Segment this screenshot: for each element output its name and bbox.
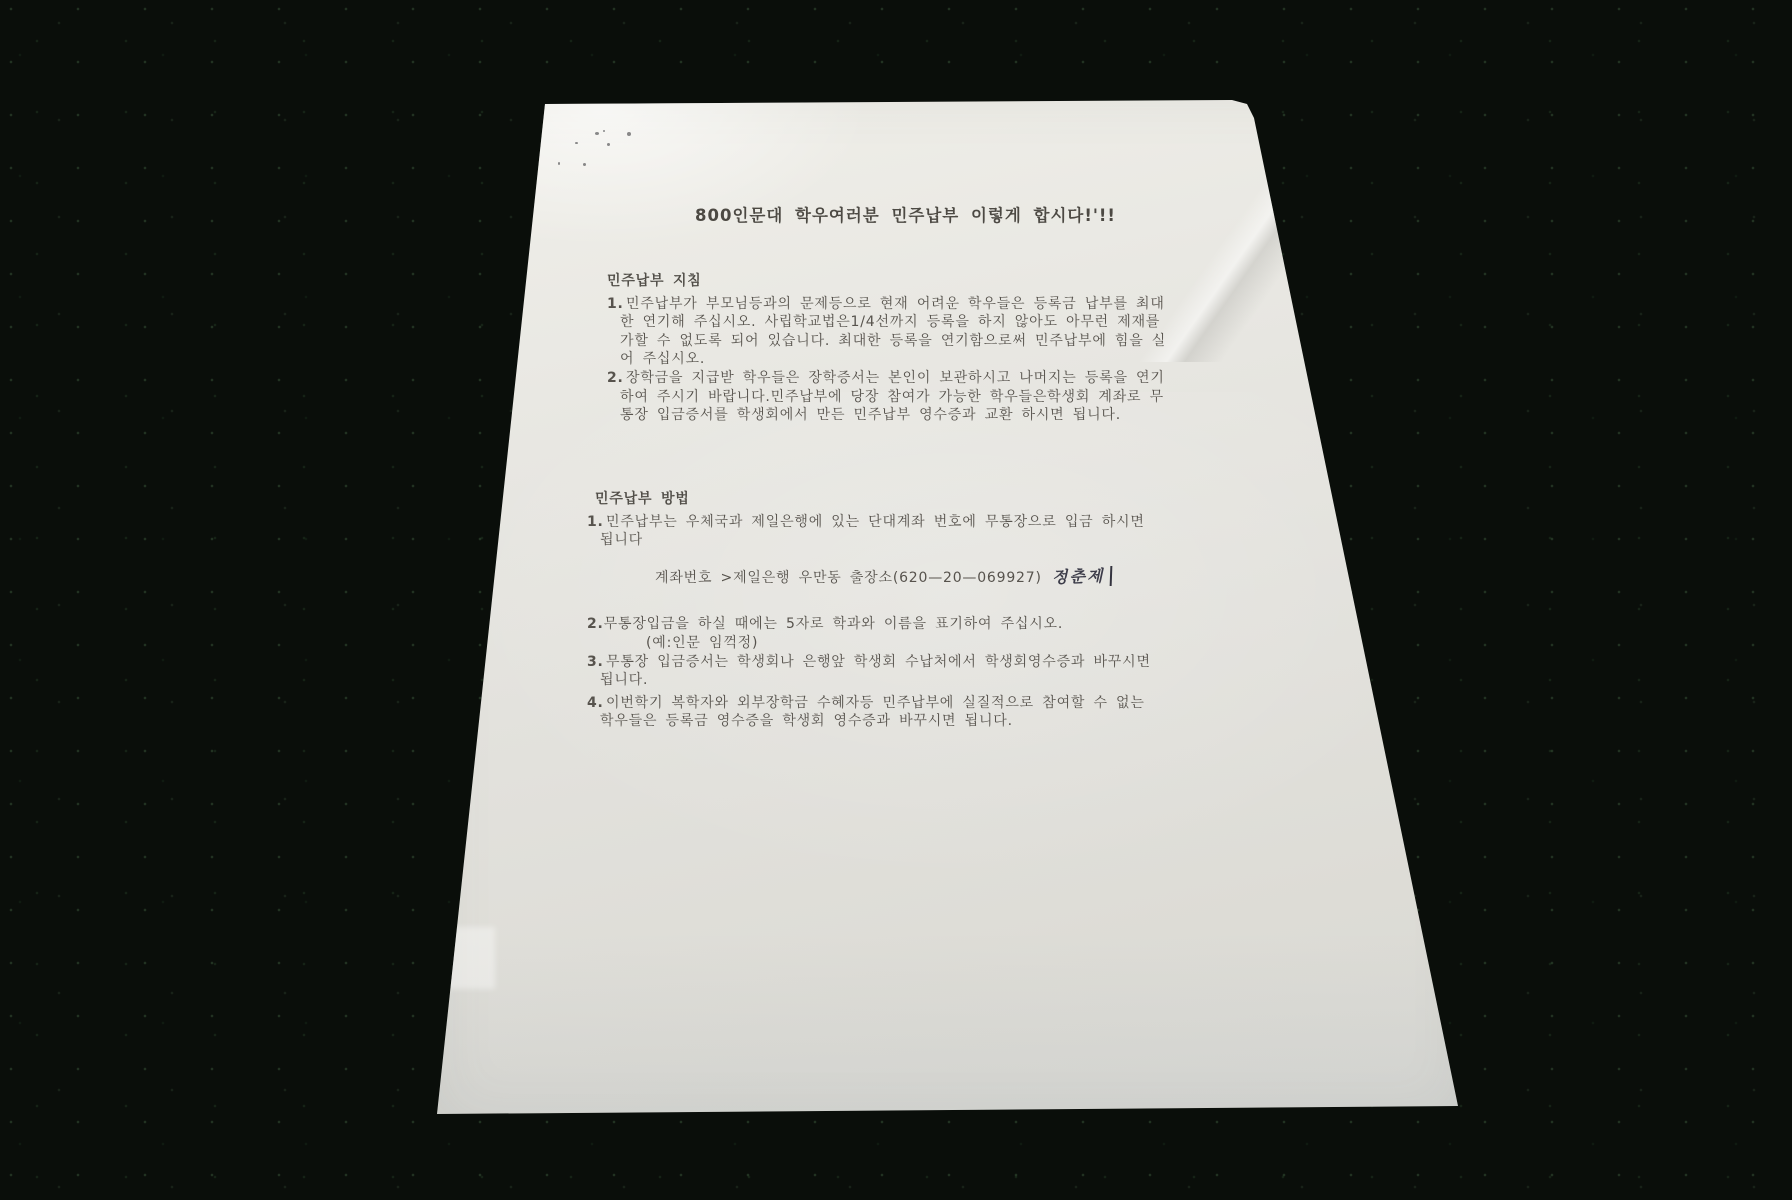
item-line: 4.이번학기 복학자와 외부장학금 수혜자등 민주납부에 실질적으로 참여할 수… <box>587 694 1207 713</box>
section-heading: 민주납부 방법 <box>587 490 1207 509</box>
paper-shadow <box>437 932 1467 1124</box>
item-line: 됩니다 <box>587 531 1207 550</box>
account-number-text: 계좌번호 >제일은행 우만동 출장소(620—20—069927) <box>655 570 1042 586</box>
ink-speck <box>603 130 605 132</box>
item-line: 1.민주납부는 우체국과 제일은행에 있는 단대계좌 번호에 무통장으로 입금 … <box>587 513 1207 532</box>
paper-sheen <box>497 92 917 272</box>
ink-speck <box>575 142 578 144</box>
account-number-line: 계좌번호 >제일은행 우만동 출장소(620—20—069927)정춘제 <box>587 566 1207 588</box>
ink-speck <box>583 163 586 166</box>
paper-patch <box>437 927 495 989</box>
item-line: 통장 입금증서를 학생회에서 만든 민주납부 영수증과 교환 하시면 됩니다. <box>607 406 1207 425</box>
item-line: 2.장학금을 지급받 학우들은 장학증서는 본인이 보관하시고 나머지는 등록을… <box>607 369 1207 388</box>
item-text: 민주납부가 부모님등과의 문제등으로 현재 어려운 학우들은 등록금 납부를 최… <box>626 296 1165 312</box>
ink-speck <box>595 132 599 135</box>
signature-stroke <box>1110 566 1113 586</box>
item-line: (예:인문 임꺽정) <box>587 634 1207 653</box>
section-guidelines: 민주납부 지침 1.민주납부가 부모님등과의 문제등으로 현재 어려운 학우들은… <box>607 272 1207 425</box>
item-text: 장학금을 지급받 학우들은 장학증서는 본인이 보관하시고 나머지는 등록을 연… <box>626 370 1165 386</box>
item-number: 1. <box>607 295 626 314</box>
ink-speck <box>558 162 560 165</box>
section-method: 민주납부 방법 1.민주납부는 우체국과 제일은행에 있는 단대계좌 번호에 무… <box>587 490 1207 731</box>
ink-speck <box>607 143 610 146</box>
item-line: 한 연기해 주십시오. 사립학교법은1/4선까지 등록을 하지 않아도 아무런 … <box>607 313 1207 332</box>
item-line: 됩니다. <box>587 671 1207 690</box>
item-number: 4. <box>587 694 606 713</box>
item-line: 가할 수 없도록 되어 있습니다. 최대한 등록을 연기함으로써 민주납부에 힘… <box>607 332 1207 351</box>
method-item-4: 4.이번학기 복학자와 외부장학금 수혜자등 민주납부에 실질적으로 참여할 수… <box>587 694 1207 731</box>
item-line: 어 주십시오. <box>607 350 1207 369</box>
section-heading: 민주납부 지침 <box>607 272 1207 291</box>
item-number: 2. <box>607 369 626 388</box>
item-text: 이번학기 복학자와 외부장학금 수혜자등 민주납부에 실질적으로 참여할 수 없… <box>606 695 1145 711</box>
guideline-item-2: 2.장학금을 지급받 학우들은 장학증서는 본인이 보관하시고 나머지는 등록을… <box>607 369 1207 425</box>
document-title: 800인문대 학우여러분 민주납부 이렇게 합시다!'!! <box>695 202 1116 226</box>
ink-speck <box>627 132 631 136</box>
method-item-1: 1.민주납부는 우체국과 제일은행에 있는 단대계좌 번호에 무통장으로 입금 … <box>587 513 1207 550</box>
item-text: 무통장입금을 하실 때에는 5자로 학과와 이름을 표기하여 주십시오. <box>604 616 1063 632</box>
method-item-2: 2.무통장입금을 하실 때에는 5자로 학과와 이름을 표기하여 주십시오. (… <box>587 615 1207 652</box>
item-line: 1.민주납부가 부모님등과의 문제등으로 현재 어려운 학우들은 등록금 납부를… <box>607 295 1207 314</box>
item-number: 2. <box>587 615 604 634</box>
item-line: 3.무통장 입금증서는 학생회나 은행앞 학생회 수납처에서 학생회영수증과 바… <box>587 653 1207 672</box>
item-text: 무통장 입금증서는 학생회나 은행앞 학생회 수납처에서 학생회영수증과 바꾸시… <box>606 654 1151 670</box>
item-number: 3. <box>587 653 606 672</box>
guideline-item-1: 1.민주납부가 부모님등과의 문제등으로 현재 어려운 학우들은 등록금 납부를… <box>607 295 1207 369</box>
item-line: 하여 주시기 바랍니다.민주납부에 당장 참여가 가능한 학우들은학생회 계좌로… <box>607 388 1207 407</box>
item-text: 민주납부는 우체국과 제일은행에 있는 단대계좌 번호에 무통장으로 입금 하시… <box>606 514 1145 530</box>
item-number: 1. <box>587 513 606 532</box>
item-line: 2.무통장입금을 하실 때에는 5자로 학과와 이름을 표기하여 주십시오. <box>587 615 1207 634</box>
document-paper: 800인문대 학우여러분 민주납부 이렇게 합시다!'!! 민주납부 지침 1.… <box>437 92 1467 1124</box>
item-line: 학우들은 등록금 영수증을 학생회 영수증과 바꾸시면 됩니다. <box>587 712 1207 731</box>
method-item-3: 3.무통장 입금증서는 학생회나 은행앞 학생회 수납처에서 학생회영수증과 바… <box>587 653 1207 690</box>
handwritten-signature: 정춘제 <box>1051 567 1104 587</box>
